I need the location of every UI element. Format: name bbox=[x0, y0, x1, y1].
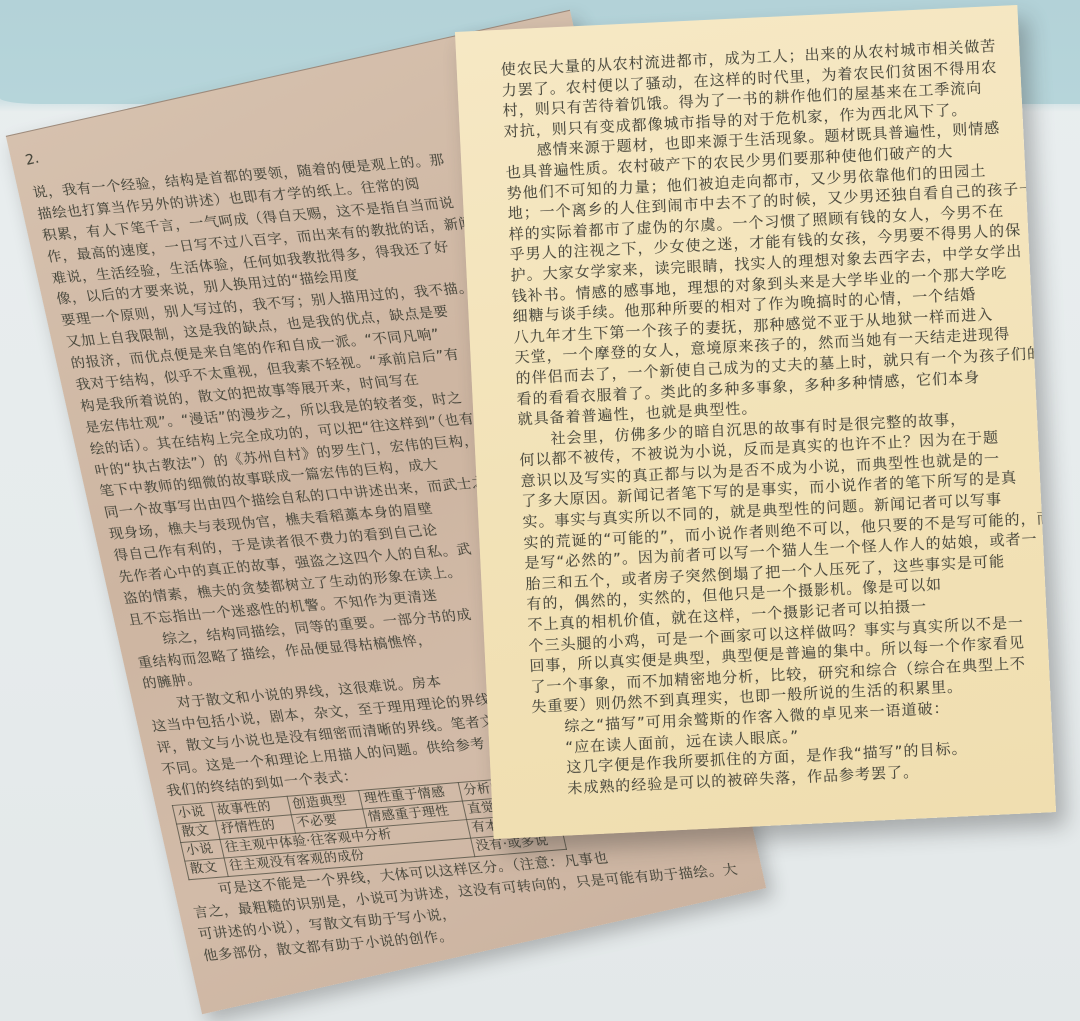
page-number: 2. bbox=[24, 150, 41, 169]
right-page-text: 使农民大量的从农村流进都市，成为工人；出来的从农村城市相关做苦 力罢了。农村便以… bbox=[500, 35, 1055, 800]
manuscript-page-right: 使农民大量的从农村流进都市，成为工人；出来的从农村城市相关做苦 力罢了。农村便以… bbox=[455, 5, 1056, 839]
table-cell: 散文 bbox=[185, 858, 228, 880]
